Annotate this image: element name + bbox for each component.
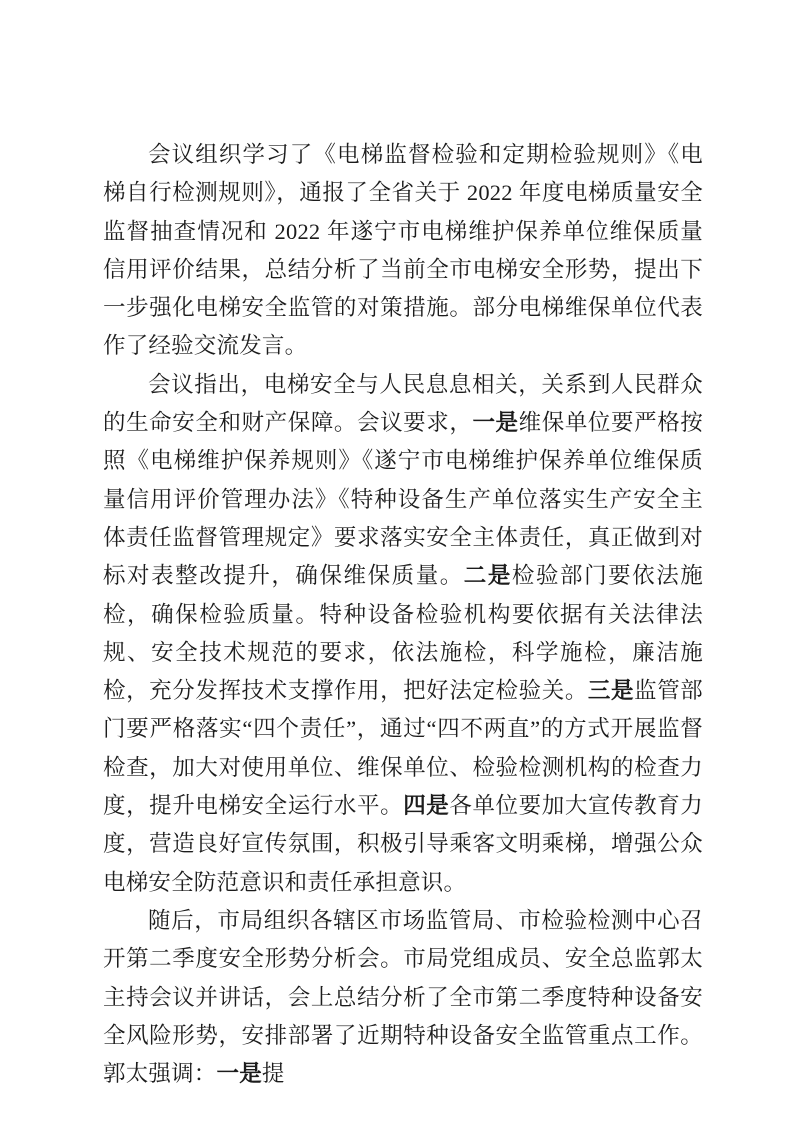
paragraph-3: 随后，市局组织各辖区市场监管局、市检验检测中心召开第二季度安全形势分析会。市局党… — [103, 902, 703, 1093]
text-run: 维保单位要严格按照《电梯维护保养规则》《遂宁市电梯维护保养单位维保质量信用评价管… — [103, 410, 703, 588]
text-run: 随后，市局组织各辖区市场监管局、市检验检测中心召开第二季度安全形势分析会。市局党… — [103, 908, 703, 1086]
text-run: 四是 — [403, 793, 449, 818]
text-run: 二是 — [464, 563, 512, 588]
text-run: 三是 — [588, 678, 634, 703]
document-page: 会议组织学习了《电梯监督检验和定期检验规则》《电梯自行检测规则》，通报了全省关于… — [0, 0, 793, 1122]
text-run: 提 — [262, 1061, 285, 1086]
paragraph-2: 会议指出，电梯安全与人民息息相关，关系到人民群众的生命安全和财产保障。会议要求，… — [103, 366, 703, 902]
text-run: 一是 — [472, 410, 518, 435]
paragraph-1: 会议组织学习了《电梯监督检验和定期检验规则》《电梯自行检测规则》，通报了全省关于… — [103, 136, 703, 366]
text-run: 一是 — [217, 1061, 262, 1086]
document-body: 会议组织学习了《电梯监督检验和定期检验规则》《电梯自行检测规则》，通报了全省关于… — [103, 136, 703, 1093]
text-run: 会议组织学习了《电梯监督检验和定期检验规则》《电梯自行检测规则》，通报了全省关于… — [103, 142, 703, 358]
